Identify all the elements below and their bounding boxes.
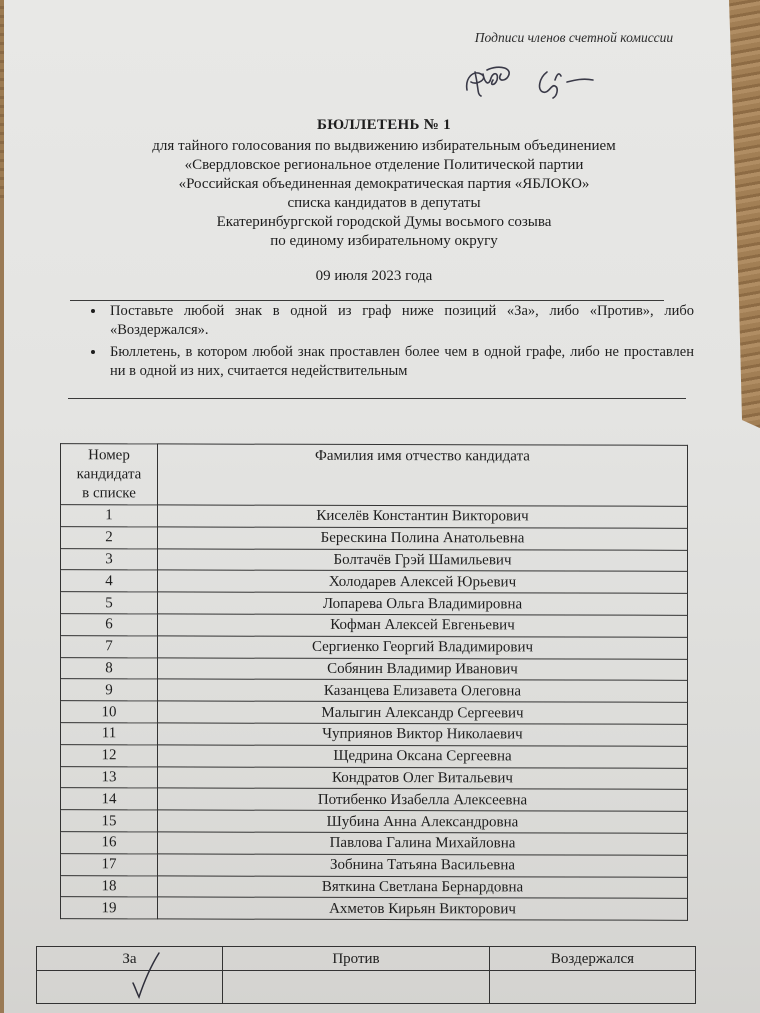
table-row: 7Сергиенко Георгий Владимирович (61, 635, 688, 658)
candidate-number: 11 (61, 723, 158, 745)
candidate-number: 10 (61, 701, 158, 723)
ballot-paper: Подписи членов счетной комиссии БЮЛЛЕТЕН… (4, 0, 760, 1013)
column-header-name: Фамилия имя отчество кандидата (158, 444, 688, 506)
signature-caption: Подписи членов счетной комиссии (474, 30, 674, 46)
table-row: 8Собянин Владимир Иванович (61, 657, 688, 680)
candidate-number: 15 (61, 810, 158, 832)
divider-bottom (68, 398, 686, 399)
candidate-number: 8 (61, 657, 158, 679)
candidate-name: Потибенко Изабелла Алексеевна (158, 788, 688, 811)
candidate-name: Киселёв Константин Викторович (158, 505, 688, 528)
candidate-number: 9 (61, 679, 158, 701)
instructions: Поставьте любой знак в одной из граф ниж… (74, 302, 694, 384)
table-row: 1Киселёв Константин Викторович (61, 505, 688, 528)
candidate-number: 13 (61, 766, 158, 788)
candidate-name: Ахметов Кирьян Викторович (158, 897, 688, 920)
table-row: 16Павлова Галина Михайловна (61, 832, 688, 855)
candidate-name: Щедрина Оксана Сергеевна (158, 745, 688, 768)
instruction-item: Поставьте любой знак в одной из граф ниж… (106, 302, 694, 340)
column-header-number: Номер кандидата в списке (61, 444, 158, 505)
candidate-name: Кондратов Олег Витальевич (158, 766, 688, 789)
subtitle-line: «Российская объединенная демократическая… (4, 175, 760, 194)
table-row: 17Зобнина Татьяна Васильевна (61, 853, 688, 876)
candidate-name: Шубина Анна Александровна (158, 810, 688, 833)
subtitle-line: по единому избирательному округу (4, 232, 760, 251)
candidate-name: Чуприянов Виктор Николаевич (158, 723, 688, 746)
candidate-number: 12 (61, 744, 158, 766)
table-row: 5Лопарева Ольга Владимировна (61, 592, 688, 615)
subtitle-line: для тайного голосования по выдвижению из… (4, 137, 760, 156)
candidate-number: 5 (61, 592, 158, 614)
table-row: 18Вяткина Светлана Бернардовна (61, 875, 688, 898)
table-row: 6Кофман Алексей Евгеньевич (61, 614, 688, 637)
candidate-number: 16 (61, 832, 158, 854)
vote-option-against-label: Против (223, 947, 490, 971)
table-row: 19Ахметов Кирьян Викторович (61, 897, 688, 920)
ballot-subtitle: для тайного голосования по выдвижению из… (4, 137, 760, 251)
table-row: 10Малыгин Александр Сергеевич (61, 701, 688, 724)
candidate-name: Казанцева Елизавета Олеговна (158, 679, 688, 702)
table-row: 9Казанцева Елизавета Олеговна (61, 679, 688, 702)
vote-table: За Против Воздержался (36, 946, 696, 1004)
table-row: 11Чуприянов Виктор Николаевич (61, 723, 688, 746)
table-row: 13Кондратов Олег Витальевич (61, 766, 688, 789)
candidate-name: Павлова Галина Михайловна (158, 832, 688, 855)
candidate-name: Холодарев Алексей Юрьевич (158, 570, 688, 593)
table-row: 3Болтачёв Грэй Шамильевич (61, 548, 688, 571)
candidate-name: Берескина Полина Анатольевна (158, 527, 688, 550)
vote-box-against[interactable] (223, 971, 490, 1004)
table-row: 4Холодарев Алексей Юрьевич (61, 570, 688, 593)
subtitle-line: списка кандидатов в депутаты (4, 194, 760, 213)
ballot-title: БЮЛЛЕТЕНЬ № 1 (4, 117, 760, 134)
candidate-number: 17 (61, 853, 158, 875)
subtitle-line: Екатеринбургской городской Думы восьмого… (4, 213, 760, 232)
candidate-number: 18 (61, 875, 158, 897)
candidate-number: 6 (61, 614, 158, 636)
vote-option-abstain-label: Воздержался (490, 947, 696, 971)
checkmark-icon (129, 949, 169, 1001)
vote-box-abstain[interactable] (490, 971, 696, 1004)
table-row: 14Потибенко Изабелла Алексеевна (61, 788, 688, 811)
candidate-number: 19 (61, 897, 158, 919)
candidate-number: 2 (61, 526, 158, 548)
vote-box-for[interactable] (37, 971, 223, 1004)
candidate-name: Вяткина Светлана Бернардовна (158, 875, 688, 898)
table-row: 12Щедрина Оксана Сергеевна (61, 744, 688, 767)
candidate-number: 1 (61, 505, 158, 527)
candidate-number: 3 (61, 548, 158, 570)
divider-top (70, 300, 664, 301)
candidate-number: 4 (61, 570, 158, 592)
candidate-name: Лопарева Ольга Владимировна (158, 592, 688, 615)
candidate-name: Кофман Алексей Евгеньевич (158, 614, 688, 637)
signatures-icon (459, 60, 609, 100)
instruction-item: Бюллетень, в котором любой знак проставл… (106, 343, 694, 381)
candidate-name: Малыгин Александр Сергеевич (158, 701, 688, 724)
candidate-number: 7 (61, 635, 158, 657)
table-row: 2Берескина Полина Анатольевна (61, 526, 688, 549)
candidate-name: Сергиенко Георгий Владимирович (158, 636, 688, 659)
candidate-name: Собянин Владимир Иванович (158, 658, 688, 681)
candidate-name: Зобнина Татьяна Васильевна (158, 854, 688, 877)
ballot-date: 09 июля 2023 года (4, 268, 744, 285)
candidates-table: Номер кандидата в списке Фамилия имя отч… (60, 443, 688, 921)
candidate-number: 14 (61, 788, 158, 810)
candidate-name: Болтачёв Грэй Шамильевич (158, 549, 688, 572)
subtitle-line: «Свердловское региональное отделение Пол… (4, 156, 760, 175)
table-row: 15Шубина Анна Александровна (61, 810, 688, 833)
